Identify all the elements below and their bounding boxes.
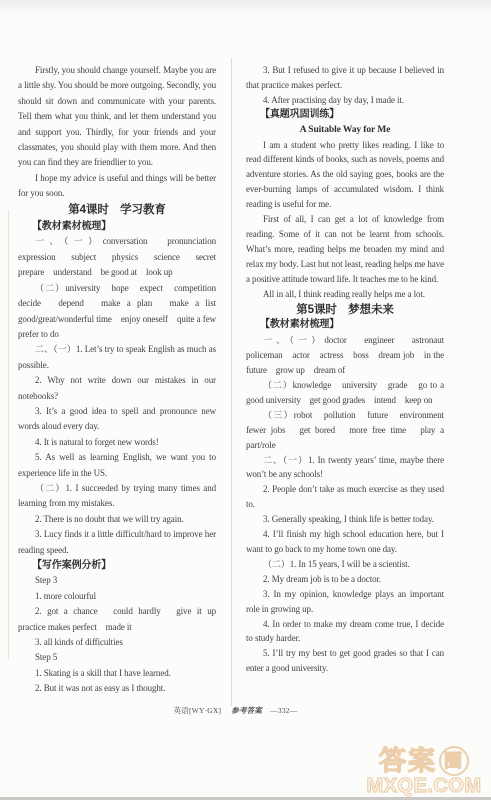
bracket-label: 【教材素材梳理】 [18, 219, 216, 234]
paragraph: 3. In my opinion, knowledge plays an imp… [246, 587, 444, 617]
footer-section-title: 参考答案 [231, 706, 262, 715]
watermark-circle-icon: 圈 [439, 746, 469, 776]
footer-book-title: 英语[WY·GX] [174, 706, 222, 715]
paragraph: 2. Why not write down our mistakes in ou… [18, 373, 216, 404]
watermark-site-url: MXQE.COM [359, 776, 489, 796]
paragraph: 4. In order to make my dream come true, … [246, 617, 444, 647]
paragraph: 2. But it was not as easy as I thought. [18, 681, 216, 696]
section-heading: 第4课时 学习教育 [18, 203, 216, 218]
paragraph: 5. I’ll try my best to get good grades s… [246, 646, 444, 676]
essay-title: A Suitable Way for Me [246, 123, 444, 138]
paragraph: 二、（一）1. Let’s try to speak English as mu… [18, 342, 216, 373]
footer-page-number: —332— [270, 706, 297, 715]
watermark: 答案圈 MXQE.COM [359, 746, 489, 796]
paragraph: Step 5 [18, 650, 216, 665]
paragraph: Firstly, you should change yourself. May… [18, 63, 216, 171]
paragraph: 3. Lucy finds it a little difficult/hard… [18, 527, 216, 558]
paragraph: （三）robot pollution future environment fe… [246, 408, 444, 453]
paragraph: 3. Generally speaking, I think life is b… [246, 512, 444, 527]
watermark-brand-text: 答案 [379, 746, 437, 776]
bracket-label: 【写作案例分析】 [18, 558, 216, 573]
scan-edge-left [8, 210, 9, 660]
paragraph: 2. There is no doubt that we will try ag… [18, 512, 216, 527]
paragraph: 2. My dream job is to be a doctor. [246, 572, 444, 587]
paragraph: 1. more colourful [18, 589, 216, 604]
paragraph: All in all, I think reading really helps… [246, 287, 444, 302]
paragraph: （二）1. I succeeded by trying many times a… [18, 481, 216, 512]
paragraph: 4. It is natural to forget new words! [18, 435, 216, 450]
paragraph: 3. all kinds of difficulties [18, 635, 216, 650]
paragraph: 一、（一）doctor engineer astronaut policeman… [246, 333, 444, 378]
paragraph: 3. It’s a good idea to spell and pronoun… [18, 404, 216, 435]
paragraph: 3. But I refused to give it up because I… [246, 63, 444, 93]
paragraph: 二、（一）1. In twenty years’ time, maybe the… [246, 453, 444, 483]
left-column: Firstly, you should change yourself. May… [18, 63, 216, 703]
paragraph: 2. got a chance could hardly give it up … [18, 604, 216, 635]
paragraph: （二）university hope expect competition de… [18, 281, 216, 343]
paragraph: I hope my advice is useful and things wi… [18, 171, 216, 202]
paragraph: 一、（一）conversation pronunciation expressi… [18, 234, 216, 280]
column-divider [231, 58, 232, 706]
bracket-label: 【真题巩固训练】 [246, 108, 444, 123]
page-footer: 英语[WY·GX] 参考答案 —332— [0, 705, 471, 716]
paragraph: 4. After practising day by day, I made i… [246, 93, 444, 108]
paragraph: 1. Skating is a skill that I have learne… [18, 666, 216, 681]
right-column: 3. But I refused to give it up because I… [246, 63, 444, 708]
paragraph: 2. People don’t take as much exercise as… [246, 482, 444, 512]
paragraph: （二）1. In 15 years, I will be a scientist… [246, 557, 444, 572]
paragraph: I am a student who pretty likes reading.… [246, 138, 444, 213]
paragraph: First of all, I can get a lot of knowled… [246, 212, 444, 287]
watermark-brand-logo: 答案圈 [359, 746, 489, 776]
paragraph: 5. As well as learning English, we want … [18, 450, 216, 481]
paragraph: 4. I’ll finish my high school education … [246, 527, 444, 557]
paragraph: Step 3 [18, 573, 216, 588]
bracket-label: 【教材素材梳理】 [246, 318, 444, 333]
section-heading: 第5课时 梦想未来 [246, 303, 444, 318]
paragraph: （二）knowledge university grade go to a go… [246, 378, 444, 408]
scanned-answer-page: Firstly, you should change yourself. May… [0, 0, 491, 800]
scan-edge-top [0, 0, 491, 16]
